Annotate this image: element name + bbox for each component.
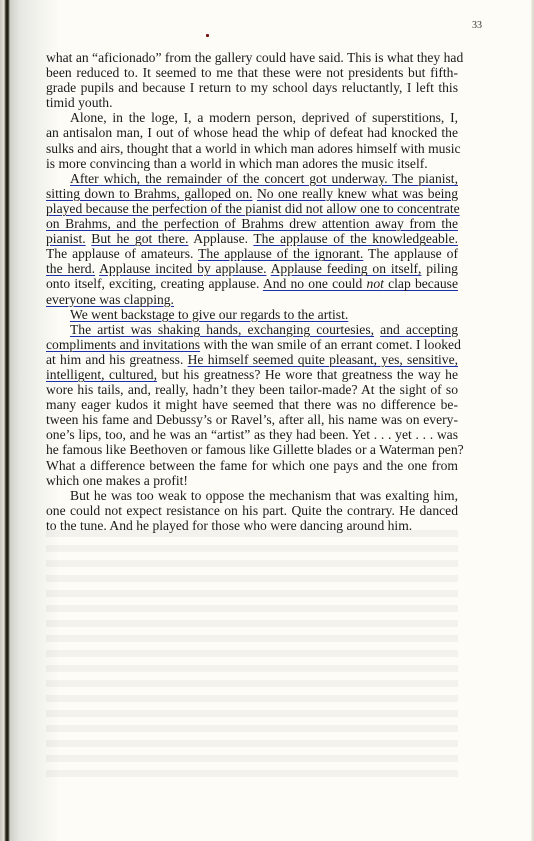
text-segment: one could not expect resistance on his p… (46, 503, 458, 518)
pen-underlined-text: We went backstage to give our regards to… (70, 307, 348, 322)
pen-underlined-text: And no one could (263, 276, 367, 291)
page-body-text: what an “aficionado” from the gallery co… (46, 50, 458, 533)
text-line: sulks and airs, thought that a world in … (46, 141, 458, 156)
pen-underlined-text: played because the perfection of the pia… (46, 201, 460, 216)
text-segment: tween his fame and Debussy’s or Ravel’s,… (46, 412, 458, 427)
pen-underlined-text: The artist was shaking hands, exchanging… (70, 322, 374, 337)
text-line: he famous like Beethoven or famous like … (46, 442, 458, 457)
pen-underlined-text: The applause of the ignorant. (198, 246, 363, 261)
pen-underlined-text: intelligent, cultured, (46, 367, 157, 382)
page-number: 33 (472, 20, 482, 31)
pen-underlined-text: Applause feeding on itself, (271, 261, 422, 276)
text-line: is more convincing than a world in which… (46, 156, 458, 171)
pen-underlined-text: and accepting (380, 322, 458, 337)
text-segment: is more convincing than a world in which… (46, 156, 428, 171)
text-segment: But he was too weak to oppose the mechan… (70, 488, 458, 503)
pen-underlined-text: not (367, 276, 384, 291)
text-segment: at him and his greatness. (46, 352, 188, 367)
text-line: everyone was clapping. (46, 292, 458, 307)
text-segment: what an “aficionado” from the gallery co… (46, 50, 463, 65)
text-segment: one’s lips, too, and he was an “artist” … (46, 427, 458, 442)
text-segment: which one makes a profit! (46, 473, 188, 488)
text-line: We went backstage to give our regards to… (46, 307, 458, 322)
text-segment: The applause of (363, 246, 458, 261)
text-segment: Alone, in the loge, I, a modern person, … (70, 110, 458, 125)
text-segment: onto itself, exciting, creating applause… (46, 276, 263, 291)
text-segment: What a difference between the fame for w… (46, 458, 458, 473)
pen-underlined-text: The applause of the knowledgeable. (253, 231, 458, 246)
pen-underlined-text: After which, the remainder of the concer… (70, 171, 458, 186)
text-line: an antisalon man, I out of whose head th… (46, 125, 458, 140)
text-line: sitting down to Brahms, galloped on. No … (46, 186, 458, 201)
ink-speck (206, 34, 209, 37)
text-segment: wore his tails, and, really, hadn’t they… (46, 382, 458, 397)
text-segment: an antisalon man, I out of whose head th… (46, 125, 458, 140)
text-line: After which, the remainder of the concer… (46, 171, 458, 186)
pen-underlined-text: But he got there. (91, 231, 188, 246)
text-line: one’s lips, too, and he was an “artist” … (46, 427, 458, 442)
text-segment: piling (421, 261, 458, 276)
text-segment: with the wan smile of an errant comet. I… (200, 337, 461, 352)
text-line: on Brahms, and the perfection of Brahms … (46, 216, 458, 231)
text-segment: Applause. (188, 231, 253, 246)
text-line: which one makes a profit! (46, 473, 458, 488)
text-line: What a difference between the fame for w… (46, 458, 458, 473)
text-line: But he was too weak to oppose the mechan… (46, 488, 458, 503)
text-line: at him and his greatness. He himself see… (46, 352, 458, 367)
text-segment: The applause of amateurs. (46, 246, 198, 261)
text-line: onto itself, exciting, creating applause… (46, 276, 458, 291)
pen-underlined-text: Applause incited by applause. (99, 261, 266, 276)
text-segment: many eager kudos it might have seemed th… (46, 397, 458, 412)
text-line: the herd. Applause incited by applause. … (46, 261, 458, 276)
text-line: grade pupils and because I return to my … (46, 80, 458, 95)
text-line: one could not expect resistance on his p… (46, 503, 458, 518)
pen-underlined-text: the herd. (46, 261, 95, 276)
text-segment: been reduced to. It seemed to me that th… (46, 65, 458, 80)
text-line: been reduced to. It seemed to me that th… (46, 65, 458, 80)
pen-underlined-text: compliments and invitations (46, 337, 200, 352)
pen-underlined-text: He himself seemed quite pleasant, yes, s… (188, 352, 458, 367)
pen-underlined-text: sitting down to Brahms, galloped on. (46, 186, 252, 201)
text-line: many eager kudos it might have seemed th… (46, 397, 458, 412)
text-line: timid youth. (46, 95, 458, 110)
text-line: tween his fame and Debussy’s or Ravel’s,… (46, 412, 458, 427)
text-segment: but his greatness? He wore that greatnes… (157, 367, 458, 382)
pen-underlined-text: on Brahms, and the perfection of Brahms … (46, 216, 458, 231)
text-segment: grade pupils and because I return to my … (46, 80, 458, 95)
pen-underlined-text: pianist. (46, 231, 86, 246)
text-segment: timid youth. (46, 95, 112, 110)
text-line: The artist was shaking hands, exchanging… (46, 322, 458, 337)
text-line: The applause of amateurs. The applause o… (46, 246, 458, 261)
text-line: Alone, in the loge, I, a modern person, … (46, 110, 458, 125)
text-line: intelligent, cultured, but his greatness… (46, 367, 458, 382)
text-line: wore his tails, and, really, hadn’t they… (46, 382, 458, 397)
text-line: what an “aficionado” from the gallery co… (46, 50, 458, 65)
text-segment: he famous like Beethoven or famous like … (46, 442, 464, 457)
text-line: compliments and invitations with the wan… (46, 337, 458, 352)
pen-underlined-text: everyone was clapping. (46, 292, 174, 307)
text-segment: sulks and airs, thought that a world in … (46, 141, 461, 156)
reverse-page-bleed-through (46, 530, 458, 780)
pen-underlined-text: No one really knew what was being (257, 186, 458, 201)
pen-underlined-text: clap because (384, 276, 458, 291)
text-line: played because the perfection of the pia… (46, 201, 458, 216)
text-line: pianist. But he got there. Applause. The… (46, 231, 458, 246)
